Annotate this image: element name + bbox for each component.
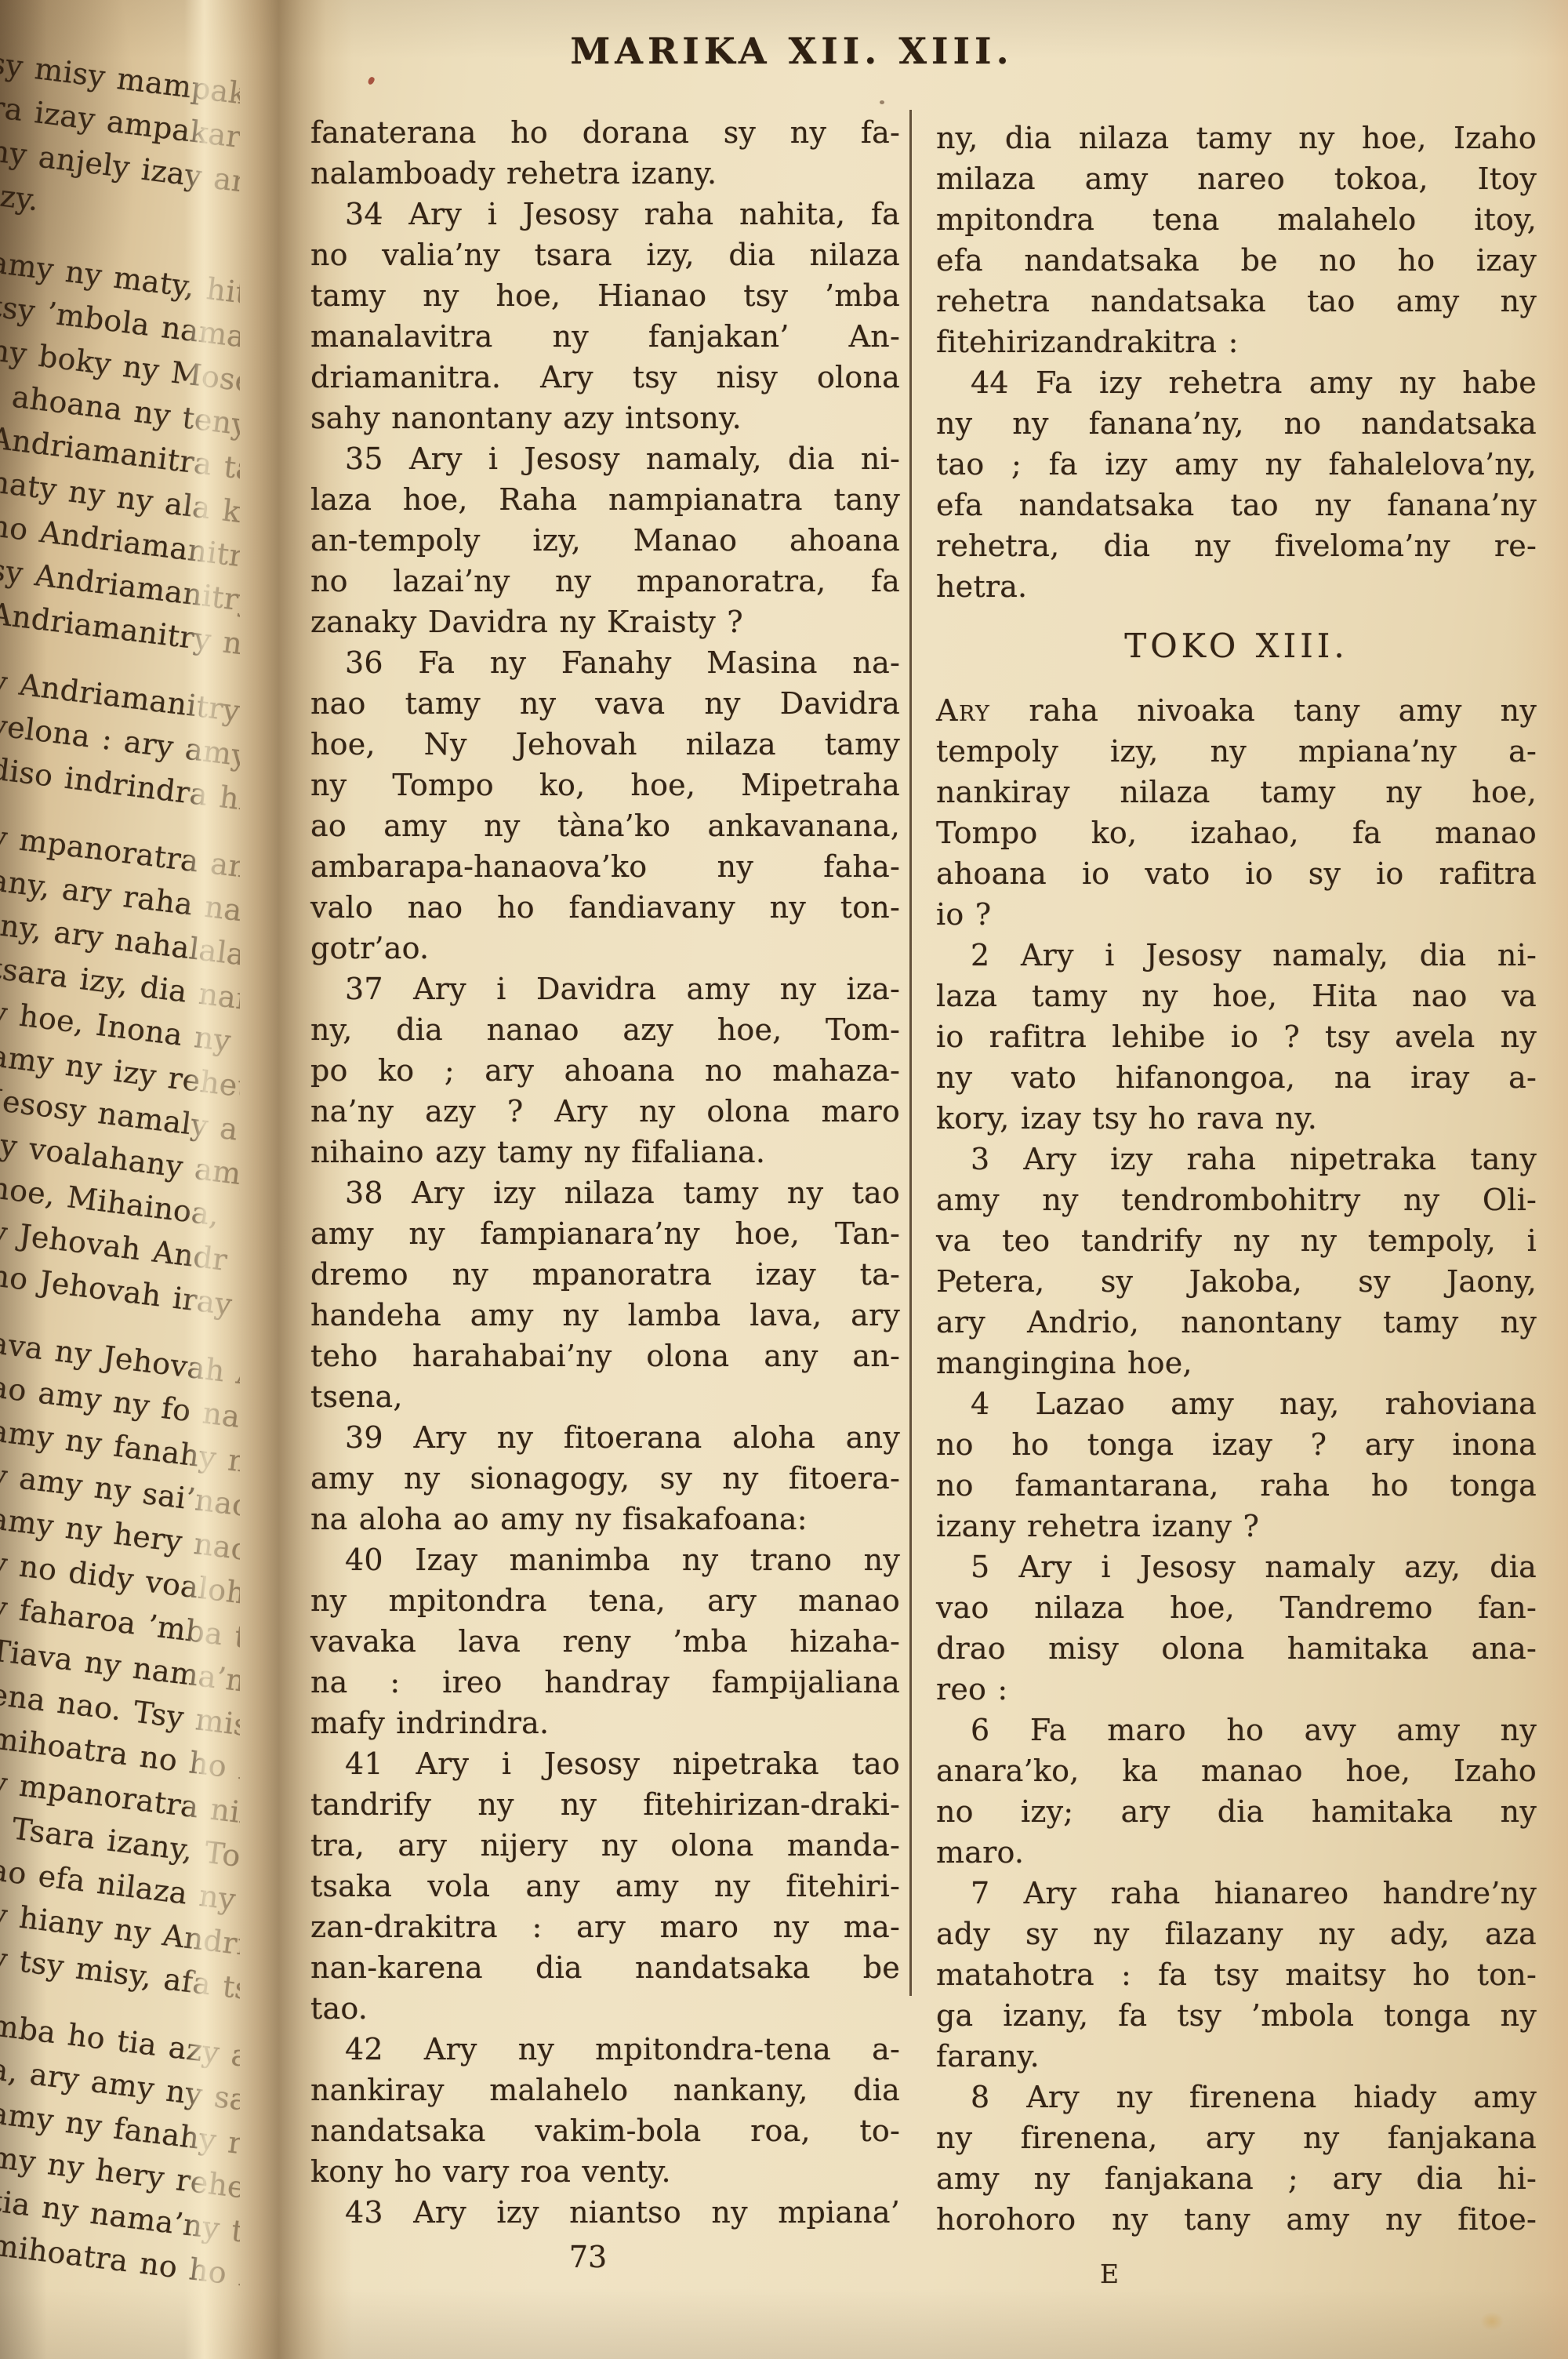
text-line: rehetra, dia ny fiveloma’ny re- [936,525,1537,566]
text-line: 44 Fa izy rehetra amy ny habe [936,362,1537,403]
text-line: 43 Ary izy niantso ny mpiana’ [310,2192,900,2233]
text-line: 7 Ary raha hianareo handre’ny [936,1873,1537,1914]
text-line: vavaka lava reny ’mba hizaha- [310,1621,900,1662]
text-line: tsaka vola any amy ny fitehiri- [310,1866,900,1906]
text-line: nao tamy ny vava ny Davidra [310,683,900,724]
text-line: 37 Ary i Davidra amy ny iza- [310,969,900,1009]
text-line: drao misy olona hamitaka ana- [936,1628,1537,1669]
text-line: ny, dia nilaza tamy ny hoe, Izaho [936,118,1537,158]
text-line: tsena, [310,1376,900,1417]
text-line: Ary raha nivoaka tany amy ny [936,690,1537,731]
text-line: io rafitra lehibe io ? tsy avela ny [936,1016,1537,1057]
text-line: maro. [936,1832,1537,1873]
text-line: mangingina hoe, [936,1343,1537,1383]
text-line: 38 Ary izy nilaza tamy ny tao [310,1172,900,1213]
text-line: hetra. [936,566,1537,607]
text-line: fanaterana ho dorana sy ny fa- [310,112,900,153]
text-line: efa nandatsaka tao ny fanana’ny [936,485,1537,525]
text-line: dremo ny mpanoratra izay ta- [310,1254,900,1295]
text-line: ny vato hifanongoa, na iray a- [936,1057,1537,1098]
text-line: ady sy ny filazany ny ady, aza [936,1914,1537,1954]
text-line: nihaino azy tamy ny fifaliana. [310,1132,900,1172]
text-line: ambarapa-hanaova’ko ny faha- [310,846,900,887]
text-line: fitehirizandrakitra : [936,322,1537,362]
text-line: laza hoe, Raha nampianatra tany [310,479,900,520]
text-line: no valia’ny tsara izy, dia nilaza [310,234,900,275]
book-page-photo: sy misy mampakatrara izay ampakari’nyny … [0,0,1568,2359]
chapter-heading: TOKO XIII. [936,626,1537,670]
text-line: zanaky Davidra ny Kraisty ? [310,602,900,642]
text-line: 6 Fa maro ho avy amy ny [936,1710,1537,1750]
text-line: no izy; ary dia hamitaka ny [936,1791,1537,1832]
text-line: ny ny fanana’ny, no nandatsaka [936,403,1537,444]
text-line: kory, izay tsy ho rava ny. [936,1098,1537,1139]
text-line: handeha amy ny lamba lava, ary [310,1295,900,1336]
text-line: 35 Ary i Jesosy namaly, dia ni- [310,438,900,479]
text-line: na aloha ao amy ny fisakafoana: [310,1499,900,1539]
text-line: driamanitra. Ary tsy nisy olona [310,357,900,398]
text-line: manalavitra ny fanjakan’ An- [310,316,900,357]
text-line: amy ny fampianara’ny hoe, Tan- [310,1213,900,1254]
text-line: amy ny sionagogy, sy ny fitoera- [310,1458,900,1499]
text-line: nandatsaka vakim-bola roa, to- [310,2110,900,2151]
text-line: izany rehetra izany ? [936,1506,1537,1547]
text-line: zan-drakitra : ary maro ny ma- [310,1906,900,1947]
text-line: 34 Ary i Jesosy raha nahita, fa [310,194,900,234]
text-line: ao amy ny tàna’ko ankavanana, [310,805,900,846]
text-line: no famantarana, raha ho tonga [936,1465,1537,1506]
text-line: farany. [936,2036,1537,2077]
text-line: 5 Ary i Jesosy namaly azy, dia [936,1547,1537,1587]
text-line: nalamboady rehetra izany. [310,153,900,194]
text-line: an-tempoly izy, Manao ahoana [310,520,900,561]
text-line: ary Andrio, nanontany tamy ny [936,1302,1537,1343]
text-line: tempoly izy, ny mpiana’ny a- [936,731,1537,772]
text-line: 40 Izay manimba ny trano ny [310,1539,900,1580]
text-line: nan-karena dia nandatsaka be [310,1947,900,1988]
text-line: tamy ny hoe, Hianao tsy ’mba [310,275,900,316]
paper-speck [880,100,884,104]
text-line: laza tamy ny hoe, Hita nao va [936,976,1537,1016]
running-head: MARIKA XII. XIII. [439,30,1145,72]
text-line: 3 Ary izy raha nipetraka tany [936,1139,1537,1179]
text-line: 36 Fa ny Fanahy Masina na- [310,642,900,683]
text-line: amy ny tendrombohitry ny Oli- [936,1179,1537,1220]
text-line: 41 Ary i Jesosy nipetraka tao [310,1743,900,1784]
text-line: na’ny azy ? Ary ny olona maro [310,1091,900,1132]
left-column: fanaterana ho dorana sy ny fa-nalamboady… [310,112,900,2233]
text-line: rehetra nandatsaka tao amy ny [936,281,1537,322]
text-line: sahy nanontany azy intsony. [310,398,900,438]
chapter-lead-word: Ary [936,693,990,728]
text-line: tao. [310,1988,900,2029]
text-line: efa nandatsaka be no ho izay [936,240,1537,281]
text-line: nankiray nilaza tamy ny hoe, [936,772,1537,812]
text-line: na : ireo handray fampijaliana [310,1662,900,1703]
text-line: ga izany, fa tsy ’mbola tonga ny [936,1995,1537,2036]
text-line: ny, dia nanao azy hoe, Tom- [310,1009,900,1050]
right-column: ny, dia nilaza tamy ny hoe, Izahomilaza … [936,118,1537,2240]
text-line: tra, ary nijery ny olona manda- [310,1825,900,1866]
text-line: teho harahabai’ny olona any an- [310,1336,900,1376]
text-line: po ko ; ary ahoana no mahaza- [310,1050,900,1091]
text-line: no lazai’ny ny mpanoratra, fa [310,561,900,602]
text-line: valo nao ho fandiavany ny ton- [310,887,900,928]
text-line: tao ; fa izy amy ny fahalelova’ny, [936,444,1537,485]
text-line: horohoro ny tany amy ny fitoe- [936,2199,1537,2240]
text-line: ny firenena, ary ny fanjakana [936,2117,1537,2158]
text-line: tandrify ny ny fitehirizan-draki- [310,1784,900,1825]
text-line: 4 Lazao amy nay, rahoviana [936,1383,1537,1424]
signature-mark: E [1082,2259,1137,2289]
text-line: anara’ko, ka manao hoe, Izaho [936,1750,1537,1791]
text-line: 2 Ary i Jesosy namaly, dia ni- [936,935,1537,976]
text-line: hoe, Ny Jehovah nilaza tamy [310,724,900,765]
text-line: 42 Ary ny mpitondra-tena a- [310,2029,900,2070]
text-line: va teo tandrify ny ny tempoly, i [936,1220,1537,1261]
text-line: Petera, sy Jakoba, sy Jaony, [936,1261,1537,1302]
text-line: kony ho vary roa venty. [310,2151,900,2192]
text-line: mpitondra tena malahelo itoy, [936,199,1537,240]
text-line: ny Tompo ko, hoe, Mipetraha [310,765,900,805]
text-line: milaza amy nareo tokoa, Itoy [936,158,1537,199]
column-divider-rule [909,110,912,1996]
text-line: amy ny fanjakana ; ary dia hi- [936,2158,1537,2199]
text-line: ny mpitondra tena, ary manao [310,1580,900,1621]
adjacent-page-text: sy misy mampakatrara izay ampakari’nyny … [0,41,240,2346]
paper-stain [1480,2312,1504,2331]
text-line: 39 Ary ny fitoerana aloha any [310,1417,900,1458]
text-line: Tompo ko, izahao, fa manao [936,812,1537,853]
text-line: mafy indrindra. [310,1703,900,1743]
text-line: no ho tonga izay ? ary inona [936,1424,1537,1465]
text-line: matahotra : fa tsy maitsy ho ton- [936,1954,1537,1995]
text-line: 8 Ary ny firenena hiady amy [936,2077,1537,2117]
text-line: gotr’ao. [310,928,900,969]
page-number: 73 [314,2240,862,2274]
text-line: vao nilaza hoe, Tandremo fan- [936,1587,1537,1628]
text-line: nankiray malahelo nankany, dia [310,2070,900,2110]
text-line: reo : [936,1669,1537,1710]
text-line: ahoana io vato io sy io rafitra [936,853,1537,894]
text-line: io ? [936,894,1537,935]
